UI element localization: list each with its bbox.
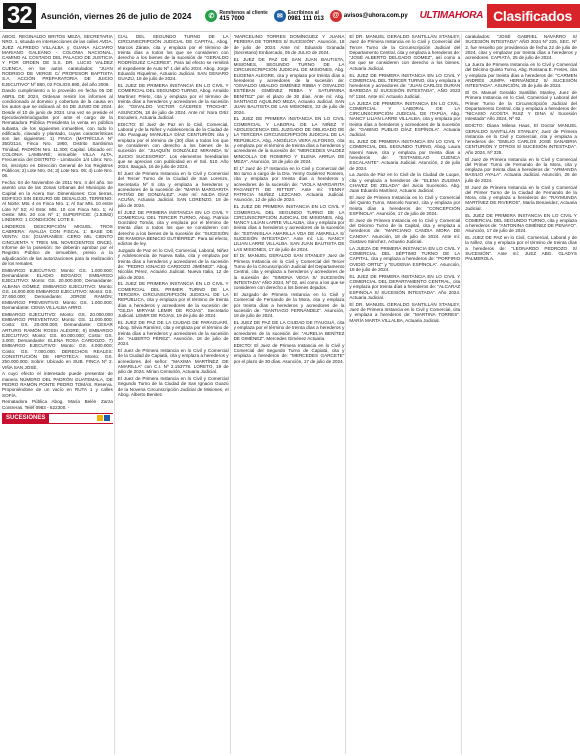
contact-value: 0981 111 013 [288, 16, 324, 22]
column-5: caratulados: "JOSÉ GABRIEL NAVARRO S/ SU… [465, 34, 578, 754]
classified-ad: EDICTO: El Juez de Primera Instancia en … [234, 343, 345, 364]
dateline: Asunción, viernes 26 de julio de 2024 [41, 11, 192, 21]
classified-ad: EL JUEZ DE PAZ DE LA CIUDAD DE ITAUGUÁ, … [234, 320, 345, 341]
page-header: 32 Asunción, viernes 26 de julio de 2024… [0, 0, 580, 32]
classified-ad: El Juez de Primera Instancia en lo Civil… [349, 218, 460, 244]
contact-value: 415 7000 [219, 16, 267, 22]
classified-ad: EL JUEZ DE PAZ DE LA CIUDAD DE PARAGUARÍ… [118, 320, 229, 346]
classified-ad: La Jueza de Paz en lo Civil de la Ciudad… [349, 172, 460, 193]
classified-ad: EDICTO: Diana Milena Haus, El Doctor MAN… [465, 123, 577, 155]
brand-logo: ULTIMAHORA [420, 10, 487, 21]
classified-ad: EL JUEZ DE PRIMERA INSTANCIA EN LO CIVIL… [234, 116, 345, 164]
classified-ad: EL JUEZ DE PRIMERA INSTANCIA EN LO CIVIL… [118, 83, 229, 120]
column-1: ABOG. REGINALDO BRITOS MEZA, SECRETARIA … [2, 34, 115, 754]
classified-ad: El Juez de Primera Instancia en lo Civil… [349, 195, 460, 216]
classified-ad: El Dr. Manuel Geraldo Santillán Stanley,… [465, 90, 577, 122]
classified-ad: EL JUEZ DE PRIMERA INSTANCIA EN LO CIVIL… [349, 73, 460, 99]
classified-ad: Dando cumplimiento a lo proveído en fech… [2, 88, 113, 178]
classified-ad: El DR. MANUEL GERALDO SANTILLÁN STANLEY,… [349, 34, 460, 71]
classified-ad: LINDEROS DESCRIPCIÓN MIGUEL TROS CABRERA… [2, 224, 113, 266]
classified-ad: La Jueza de Primera Instancia en lo Civi… [465, 62, 577, 88]
contact-whatsapp[interactable]: ✉ Escribinos al0981 111 013 [274, 10, 324, 22]
contact-phone[interactable]: ✆ Remítenos al cliente415 7000 [205, 10, 267, 22]
classified-ad: Juzgado de Paz en lo Civil, Comercial, L… [118, 248, 229, 280]
whatsapp-icon: ✆ [205, 10, 217, 22]
classified-ad: EMBARGO EJECUTIVO: Monto: GS. 20.000.000… [2, 312, 113, 370]
email-icon: @ [330, 10, 342, 22]
classified-ad: El Juzgado de Primera Instancia en lo Ci… [234, 292, 345, 318]
classified-ad: Fecha: 04 de Noviembre de 2011 Nro. 4 de… [2, 180, 113, 222]
column-4: El DR. MANUEL GERALDO SANTILLÁN STANLEY,… [349, 34, 462, 754]
classified-ad: "MARCELINO TORRES DOMÍNGUEZ Y JUANA PERE… [234, 34, 345, 55]
classified-ad: EL JUEZ DE PAZ DE SAN JUAN BAUTISTA, MIS… [234, 57, 345, 115]
classified-ad: EL JUEZ DE PAZ en lo Civil, Comercial, L… [465, 235, 577, 261]
contact-strip: ✆ Remítenos al cliente415 7000 ✉ Escribi… [205, 10, 407, 22]
classified-ad: ABOG. REGINALDO BRITOS MEZA, SECRETARIA … [2, 34, 113, 87]
classified-ad: EDICTO: El Juez de Paz en lo Civil, Come… [118, 122, 229, 170]
classified-ad: El Dr. MANUEL GERALDO SAN STANLEY Juez d… [234, 253, 345, 290]
contact-email[interactable]: @ avisos@uhora.com.py [330, 10, 408, 22]
classified-ad: EL JUEZ DE PRIMERA INSTANCIA EN LO CIVIL… [349, 139, 460, 171]
contact-label: Remítenos al cliente [219, 10, 267, 16]
contact-email-address: avisos@uhora.com.py [344, 13, 408, 19]
classified-ad: EMBARGO EJECUTIVO: Monto: GS. 1.000.000;… [2, 268, 113, 310]
classified-ad: El Juez de Primera Instancia en lo Civil… [465, 185, 577, 211]
classified-ad: El Juez de Primera Instancia en lo Civil… [465, 157, 577, 183]
classifieds-columns: ABOG. REGINALDO BRITOS MEZA, SECRETARIA … [2, 34, 578, 754]
classified-ad: El 1º Juez de 1ª Instancia en lo Civil y… [234, 166, 345, 203]
classified-ad: El Juez de Primera Instancia en lo Civil… [118, 171, 229, 208]
classified-ad: El Juez de Primera Instancia en lo Civil… [118, 376, 229, 397]
page-number: 32 [3, 3, 36, 29]
brand: ULTIMAHORA Clasificados [420, 4, 580, 28]
section-logo-icon [97, 415, 113, 421]
mail-icon: ✉ [274, 10, 286, 22]
classified-ad: Rematadora Pública Abog. María Belén Zar… [2, 399, 113, 410]
classified-ad: El DR. MANUEL GERALDO SANTILLÁN STANLEY,… [349, 302, 460, 323]
column-2: CIAL DEL SEGUNDO TURNO DE LA CIRCUNSCRIP… [118, 34, 231, 754]
sucesiones-label: SUCESIONES [2, 414, 49, 423]
contact-label: Escribinos al [288, 10, 319, 16]
classified-ad: LA JUEZA DE PRIMERA INSTANCIA EN LO CIVI… [349, 101, 460, 138]
classified-ad: EL JUEZ DE PRIMERA INSTANCIA EN LO CIVIL… [234, 204, 345, 252]
classified-ad: El JUEZ DE PRIMERA INSTANCIA EN LO CIVIL… [118, 210, 229, 247]
classified-ad: EL JUEZ DE PRIMERA INSTANCIA EN LO CIVIL… [465, 213, 577, 234]
classified-ad: El Juez de Primera Instancia en lo Civil… [118, 348, 229, 374]
classified-ad: A cuyo efecto el interesado puede presen… [2, 371, 113, 397]
classified-ad: caratulados: "JOSÉ GABRIEL NAVARRO S/ SU… [465, 34, 577, 60]
classified-ad: CIAL DEL SEGUNDO TURNO DE LA CIRCUNSCRIP… [118, 34, 229, 82]
classified-ad: EL JUEZ DE PRIMERA INSTANCIA EN LO CIVIL… [118, 281, 229, 318]
sucesiones-section-bar: SUCESIONES [2, 413, 113, 424]
section-title: Clasificados [487, 4, 580, 28]
column-3: "MARCELINO TORRES DOMÍNGUEZ Y JUANA PERE… [234, 34, 347, 754]
classified-ad: EL JUEZ DE PRIMERA INSTANCIA EN LO CIVIL… [349, 274, 460, 300]
classified-ad: LA JUEZA DE PRIMERA INSTANCIA EN LO CIVI… [349, 246, 460, 272]
